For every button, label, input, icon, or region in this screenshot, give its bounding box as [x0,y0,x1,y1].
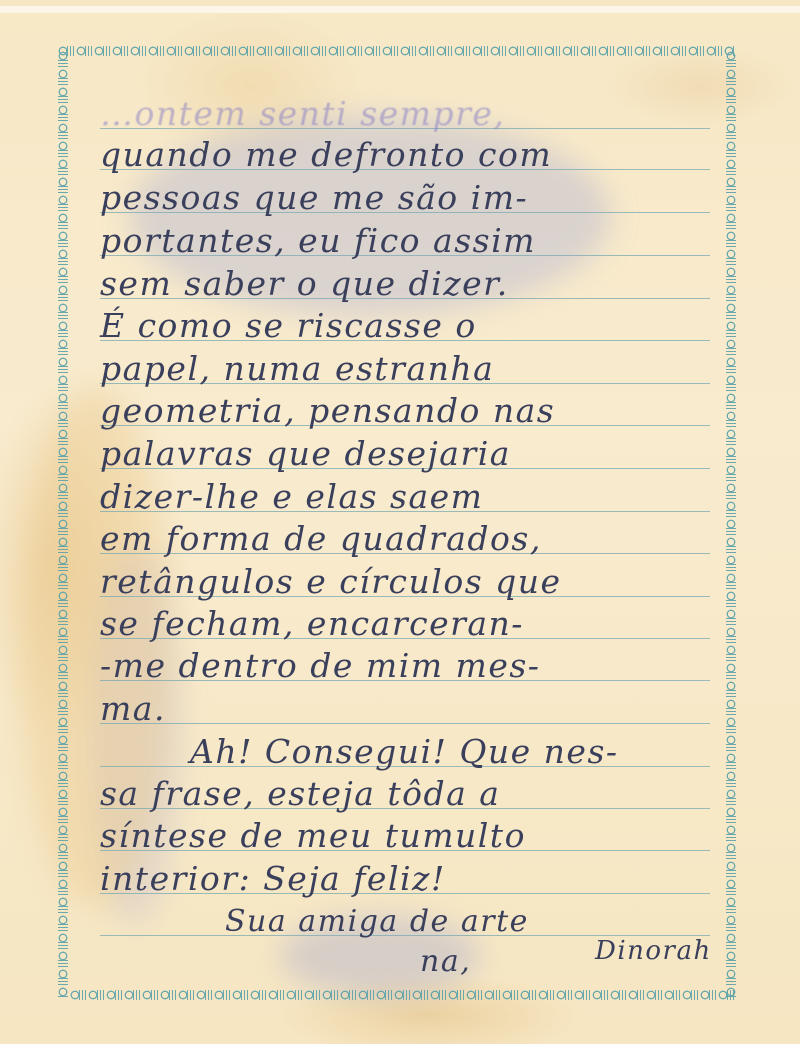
letter-paper: …ontem senti sempre, quando me defronto … [0,6,800,1044]
border-bottom [70,990,736,1000]
page-top-edge [0,6,800,13]
text-line-9: palavras que desejaria [100,434,720,473]
text-line-17: sa frase, esteja tôda a [100,774,720,813]
text-line-13: se fecham, encarceran- [100,604,720,643]
text-line-11: em forma de quadrados, [100,519,720,558]
border-left [58,51,68,999]
text-line-16: Ah! Consegui! Que nes- [190,732,800,771]
text-line-19: interior: Seja feliz! [100,859,720,898]
border-right [726,51,736,999]
text-line-12: retângulos e círculos que [100,562,720,601]
signature: Dinorah [595,936,735,966]
text-line-5: sem saber o que dizer. [100,264,720,303]
text-line-1: …ontem senti sempre, [100,94,720,133]
text-line-6: É como se riscasse o [100,306,720,345]
closing-line: Sua amiga de arte [225,904,800,939]
text-line-4: portantes, eu fico assim [100,221,720,260]
text-line-2: quando me defronto com [100,135,720,174]
text-line-18: síntese de meu tumulto [100,816,720,855]
border-top [58,46,736,56]
text-line-8: geometria, pensando nas [100,391,720,430]
text-line-14: -me dentro de mim mes- [100,646,720,685]
text-line-7: papel, numa estranha [100,349,720,388]
text-line-3: pessoas que me são im- [100,178,720,217]
text-line-10: dizer-lhe e elas saem [100,477,720,516]
text-line-15: ma. [100,689,720,728]
